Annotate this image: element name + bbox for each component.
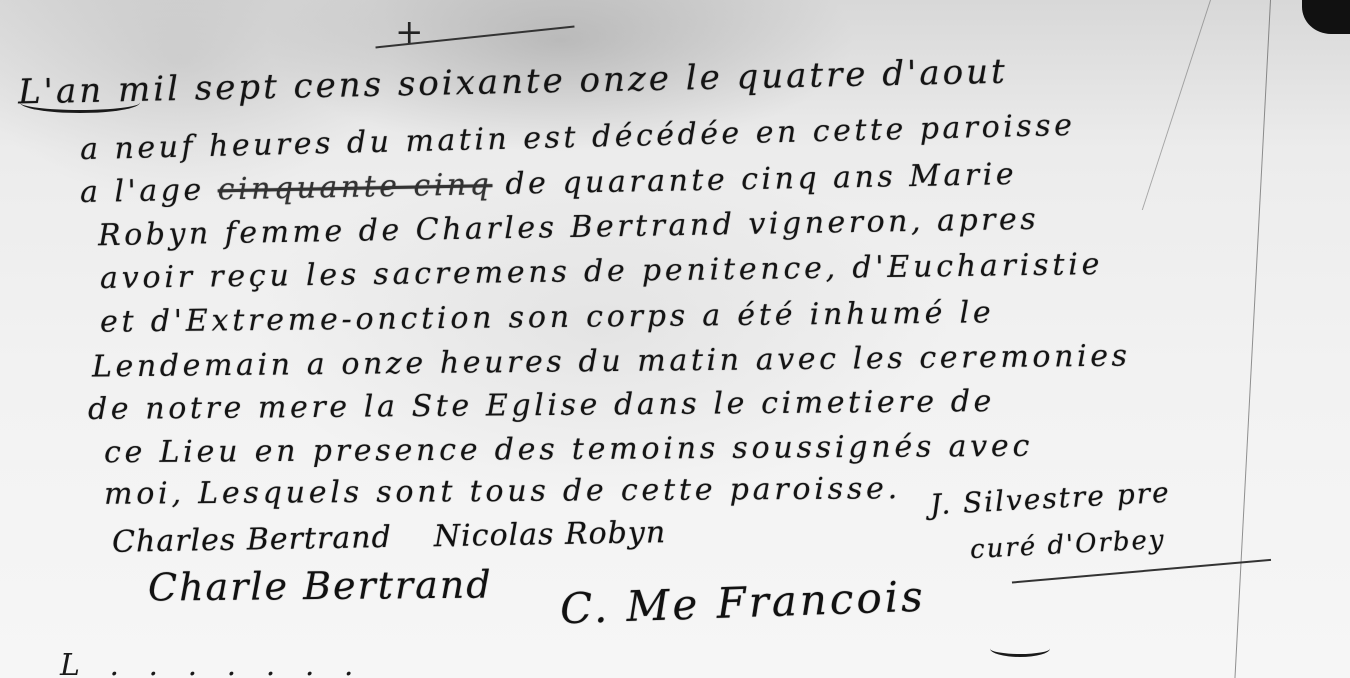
next-record-fragment: L . . . . . . . (60, 648, 363, 678)
signature-charles-bertrand: Charles Bertrand (112, 520, 392, 560)
signature-nicolas-robyn: Nicolas Robyn (434, 515, 667, 554)
initial-flourish (20, 92, 140, 113)
header-cross-mark: + (395, 12, 424, 52)
record-line-5: avoir reçu les sacremens de penitence, d… (100, 247, 1104, 296)
struck-out-text: cinquante cinq (217, 167, 492, 207)
record-line-4: Robyn femme de Charles Bertrand vigneron… (98, 202, 1040, 253)
signature-witness-1: Charles Bertrand Nicolas Robyn (112, 515, 667, 560)
signature-francois: C. Me Francois (559, 572, 926, 634)
signature-charle-bertrand: Charle Bertrand (148, 562, 493, 609)
record-line-3-start: a l'age (80, 173, 205, 210)
signature-flourish (990, 640, 1050, 657)
ink-blot (1302, 0, 1350, 34)
page-fold-line (1142, 0, 1211, 210)
record-line-3-rest: de quarante cinq ans Marie (505, 157, 1017, 202)
record-line-6: et d'Extreme-onction son corps a été inh… (100, 295, 995, 339)
signature-priest-name: J. Silvestre pre (929, 476, 1171, 522)
record-line-8: de notre mere la Ste Eglise dans le cime… (88, 384, 995, 427)
record-line-3: a l'age cinquante cinq de quarante cinq … (80, 157, 1018, 210)
margin-rule (1234, 0, 1271, 678)
record-line-9: ce Lieu en presence des temoins soussign… (104, 429, 1033, 470)
signature-priest-title: curé d'Orbey (969, 525, 1166, 565)
record-line-1: L'an mil sept cens soixante onze le quat… (18, 52, 1008, 113)
document-page: + L'an mil sept cens soixante onze le qu… (0, 0, 1350, 678)
record-line-10: moi, Lesquels sont tous de cette paroiss… (104, 471, 901, 512)
record-line-7: Lendemain a onze heures du matin avec le… (92, 339, 1131, 385)
